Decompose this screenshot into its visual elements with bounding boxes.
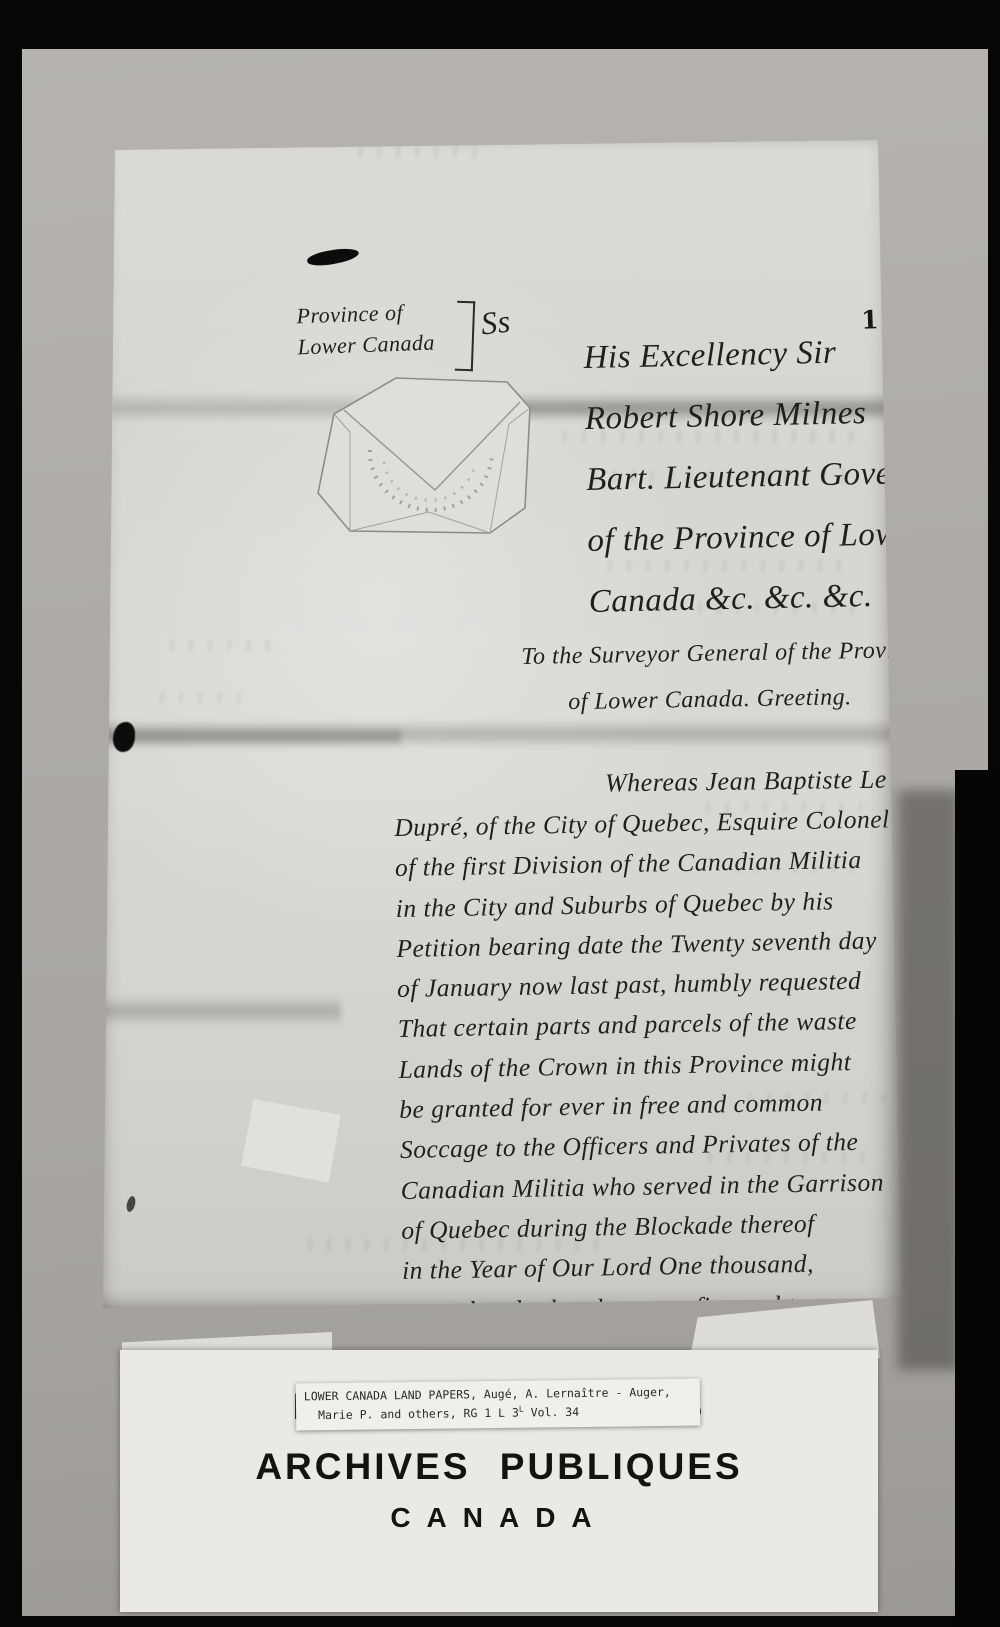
scilicet-mark: Ss — [479, 303, 512, 343]
salutation-block: To the Surveyor General of the Provinceo… — [521, 627, 930, 726]
stamp-line-canada: CANADA — [120, 1502, 878, 1534]
bleed-through-smudge — [351, 146, 481, 158]
crease-shadow — [101, 726, 401, 748]
ink-blot — [306, 246, 360, 269]
bleed-through-smudge — [153, 692, 248, 703]
archive-label-volume: Vol. 34 — [524, 1405, 580, 1420]
bleed-through-smudge — [163, 640, 278, 651]
archive-label-line: Marie P. and others, RG 1 L 3L Vol. 34 — [304, 1400, 700, 1424]
docket-bracket — [455, 301, 475, 372]
ink-blot — [125, 1195, 137, 1212]
script-line: of Lower Canada. Greeting. — [522, 673, 930, 726]
letter-page: Province of Lower Canada Ss 17670 His Ex… — [101, 140, 901, 1308]
crease-shadow — [101, 996, 341, 1026]
body-block: Dupré, of the City of Quebec, Esquire Co… — [394, 799, 898, 1331]
board-shadow — [898, 790, 960, 1370]
frame-edge — [955, 770, 1000, 1627]
docket-province-line: Province of — [296, 296, 434, 332]
archive-label-ref: Marie P. and others, RG 1 L 3 — [318, 1406, 519, 1422]
document-photo: Province of Lower Canada Ss 17670 His Ex… — [0, 0, 1000, 1627]
docket-province-line: Lower Canada — [297, 327, 435, 363]
docket-block: Province of Lower Canada — [296, 296, 436, 363]
tape-patch — [240, 1099, 341, 1184]
stamp-line-french: ARCHIVES PUBLIQUES — [120, 1446, 878, 1488]
embossed-paper-seal-icon — [304, 372, 536, 544]
script-line: To the Surveyor General of the Province — [521, 627, 929, 680]
archive-label: LOWER CANADA LAND PAPERS, Augé, A. Lerna… — [296, 1379, 701, 1431]
